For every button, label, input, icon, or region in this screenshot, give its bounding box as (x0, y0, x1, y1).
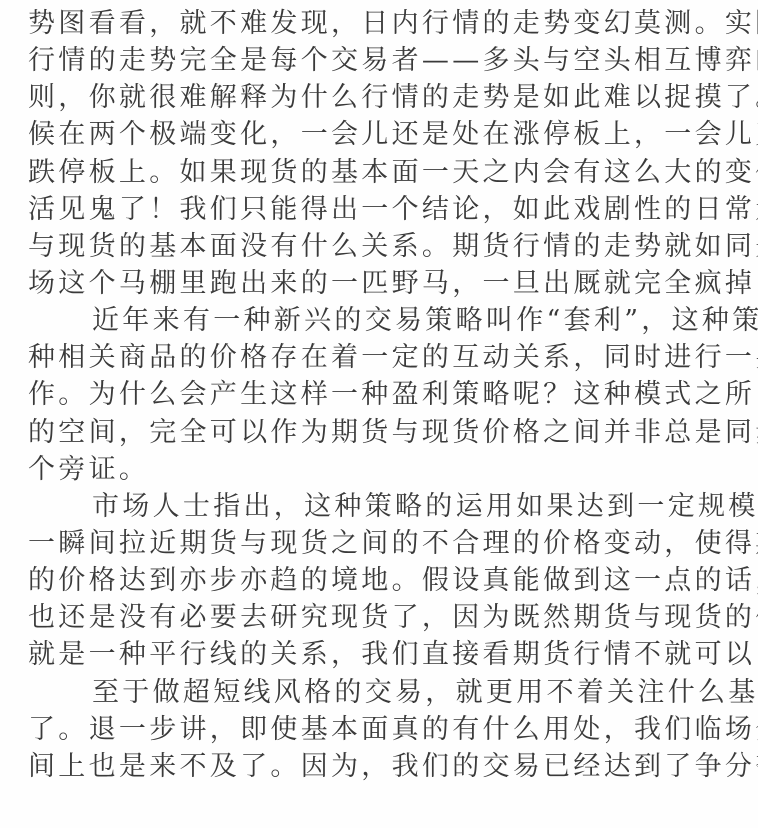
text-line-first-indented: 至于做超短线风格的交易，就更用不着关注什么基本面的变化 (28, 674, 738, 711)
text-line: 活见鬼了！我们只能得出一个结论，如此戏剧性的日常走势根本就 (28, 191, 738, 228)
text-line: 间上也是来不及了。因为，我们的交易已经达到了争分夺秒的地步。 (28, 748, 738, 785)
scanned-book-page: 势图看看，就不难发现，日内行情的走势变幻莫测。实际上，期货 行情的走势完全是每个… (0, 0, 758, 828)
paragraph-4: 至于做超短线风格的交易，就更用不着关注什么基本面的变化 了。退一步讲，即使基本面… (28, 674, 738, 785)
text-line: 个旁证。 (28, 451, 738, 488)
text-line: 种相关商品的价格存在着一定的互动关系，同时进行一买一卖的动 (28, 339, 738, 376)
text-line: 的价格达到亦步亦趋的境地。假设真能做到这一点的话，那么我们 (28, 562, 738, 599)
text-line: 作。为什么会产生这样一种盈利策略呢？这种模式之所以还有盈利 (28, 376, 738, 413)
text-line-first-indented: 市场人士指出，这种策略的运用如果达到一定规模，就可以在 (28, 488, 738, 525)
text-line-first-indented: 近年来有一种新兴的交易策略叫作“套利”，这种策略是利用两 (28, 302, 738, 339)
text-line: 则，你就很难解释为什么行情的走势是如此难以捉摸了。甚至有时 (28, 79, 738, 116)
text-line: 跌停板上。如果现货的基本面一天之内会有这么大的变化，那真是 (28, 154, 738, 191)
text-line: 了。退一步讲，即使基本面真的有什么用处，我们临场分析，在时 (28, 711, 738, 748)
paragraph-1: 势图看看，就不难发现，日内行情的走势变幻莫测。实际上，期货 行情的走势完全是每个… (28, 5, 738, 302)
text-line: 场这个马棚里跑出来的一匹野马，一旦出厩就完全疯掉了。 (28, 265, 738, 302)
text-line: 的空间，完全可以作为期货与现货价格之间并非总是同步运行的一 (28, 414, 738, 451)
body-text: 势图看看，就不难发现，日内行情的走势变幻莫测。实际上，期货 行情的走势完全是每个… (28, 5, 738, 785)
text-line: 也还是没有必要去研究现货了，因为既然期货与现货的价格基本上 (28, 599, 738, 636)
text-line: 一瞬间拉近期货与现货之间的不合理的价格变动，使得期货与现货 (28, 525, 738, 562)
text-line: 势图看看，就不难发现，日内行情的走势变幻莫测。实际上，期货 (28, 5, 738, 42)
paragraph-3: 市场人士指出，这种策略的运用如果达到一定规模，就可以在 一瞬间拉近期货与现货之间… (28, 488, 738, 674)
text-line: 与现货的基本面没有什么关系。期货行情的走势就如同是从现货市 (28, 228, 738, 265)
text-line: 候在两个极端变化，一会儿还是处在涨停板上，一会儿又运行到了 (28, 116, 738, 153)
text-line: 就是一种平行线的关系，我们直接看期货行情不就可以了？ (28, 636, 738, 673)
paragraph-2: 近年来有一种新兴的交易策略叫作“套利”，这种策略是利用两 种相关商品的价格存在着… (28, 302, 738, 488)
text-line: 行情的走势完全是每个交易者——多头与空头相互博弈的产物。否 (28, 42, 738, 79)
